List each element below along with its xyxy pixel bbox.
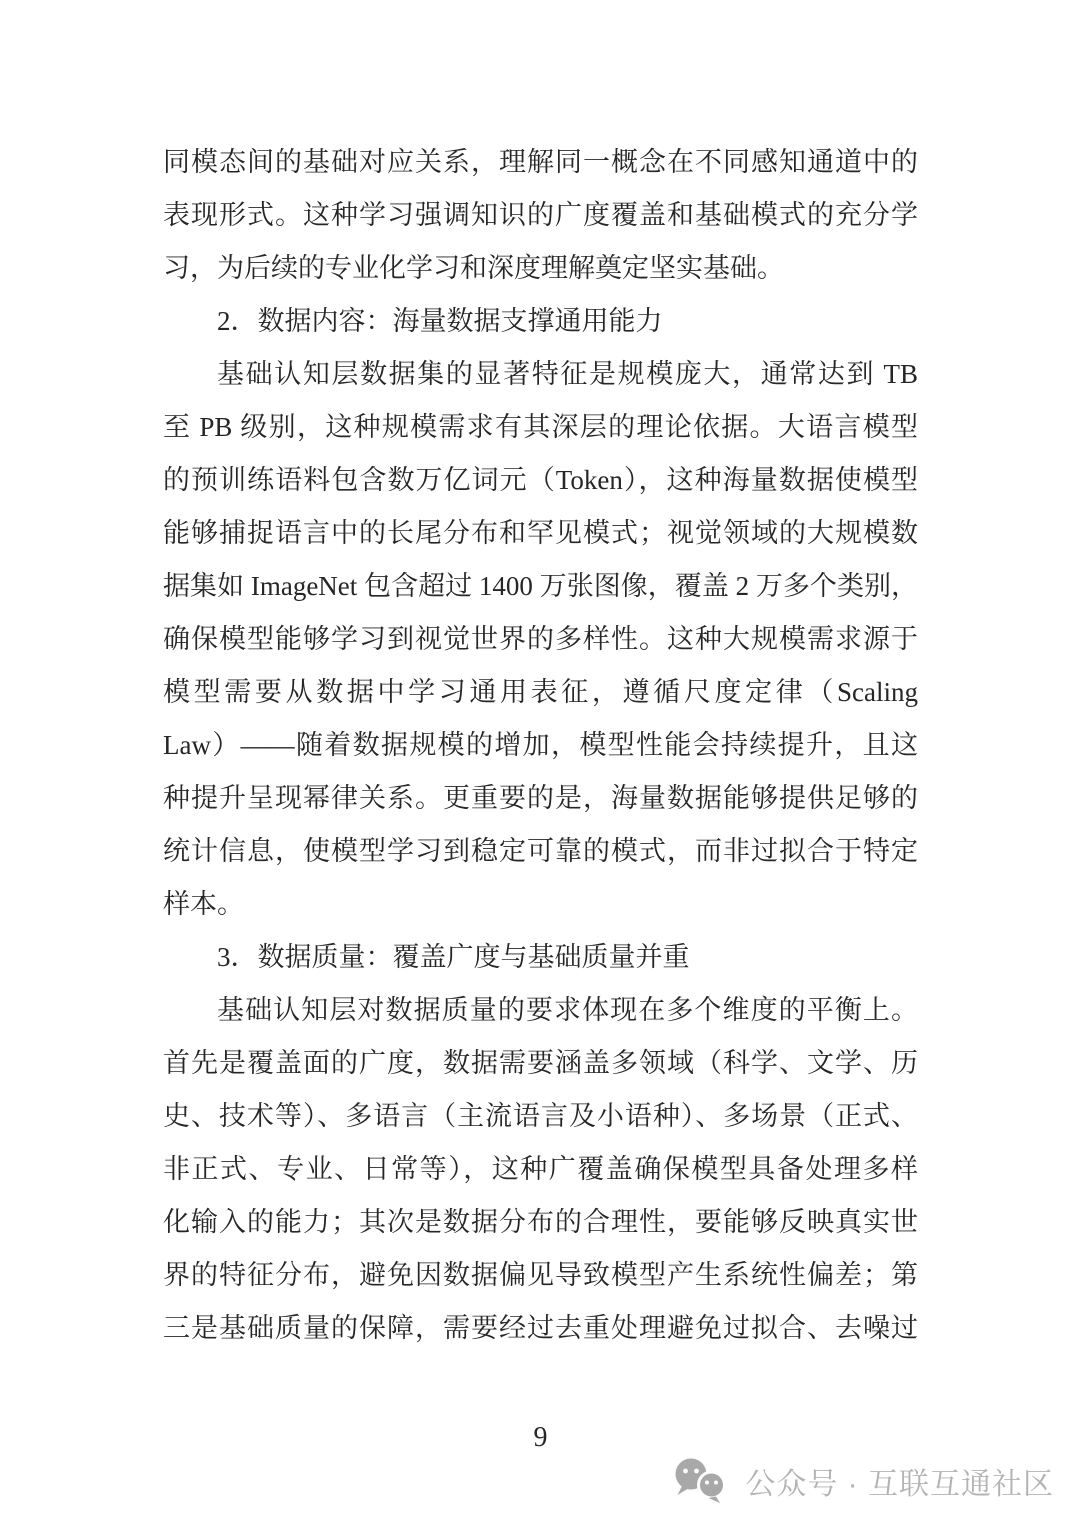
watermark: 公众号 · 互联互通社区 <box>674 1458 1054 1504</box>
wechat-official-account-icon <box>674 1458 730 1504</box>
text-line: 三是基础质量的保障，需要经过去重处理避免过拟合、去噪过 <box>163 1302 918 1355</box>
text-line: 能够捕捉语言中的长尾分布和罕见模式；视觉领域的大规模数 <box>163 507 918 560</box>
text-line: 史、技术等）、多语言（主流语言及小语种）、多场景（正式、 <box>163 1090 918 1143</box>
text-line: 3．数据质量：覆盖广度与基础质量并重 <box>163 931 918 984</box>
text-line: 2．数据内容：海量数据支撑通用能力 <box>163 295 918 348</box>
text-line: 首先是覆盖面的广度，数据需要涵盖多领域（科学、文学、历 <box>163 1037 918 1090</box>
text-line: 据集如 ImageNet 包含超过 1400 万张图像，覆盖 2 万多个类别， <box>163 560 918 613</box>
text-line: 基础认知层数据集的显著特征是规模庞大，通常达到 TB <box>163 348 918 401</box>
text-line: 化输入的能力；其次是数据分布的合理性，要能够反映真实世 <box>163 1196 918 1249</box>
document-page: 同模态间的基础对应关系，理解同一概念在不同感知通道中的表现形式。这种学习强调知识… <box>0 0 1080 1526</box>
watermark-text: 公众号 · 互联互通社区 <box>745 1459 1054 1503</box>
text-line: 样本。 <box>163 878 918 931</box>
text-line: Law）——随着数据规模的增加，模型性能会持续提升，且这 <box>163 719 918 772</box>
text-line: 至 PB 级别，这种规模需求有其深层的理论依据。大语言模型 <box>163 401 918 454</box>
text-line: 基础认知层对数据质量的要求体现在多个维度的平衡上。 <box>163 984 918 1037</box>
text-line: 种提升呈现幂律关系。更重要的是，海量数据能够提供足够的 <box>163 772 918 825</box>
text-line: 表现形式。这种学习强调知识的广度覆盖和基础模式的充分学 <box>163 189 918 242</box>
text-line: 确保模型能够学习到视觉世界的多样性。这种大规模需求源于 <box>163 613 918 666</box>
text-line: 统计信息，使模型学习到稳定可靠的模式，而非过拟合于特定 <box>163 825 918 878</box>
text-line: 同模态间的基础对应关系，理解同一概念在不同感知通道中的 <box>163 136 918 189</box>
text-line: 非正式、专业、日常等），这种广覆盖确保模型具备处理多样 <box>163 1143 918 1196</box>
text-line: 的预训练语料包含数万亿词元（Token），这种海量数据使模型 <box>163 454 918 507</box>
document-lines: 同模态间的基础对应关系，理解同一概念在不同感知通道中的表现形式。这种学习强调知识… <box>163 136 918 1355</box>
text-line: 界的特征分布，避免因数据偏见导致模型产生系统性偏差；第 <box>163 1249 918 1302</box>
text-line: 模型需要从数据中学习通用表征，遵循尺度定律（Scaling <box>163 666 918 719</box>
text-line: 习，为后续的专业化学习和深度理解奠定坚实基础。 <box>163 242 918 295</box>
page-number: 9 <box>163 1418 918 1458</box>
